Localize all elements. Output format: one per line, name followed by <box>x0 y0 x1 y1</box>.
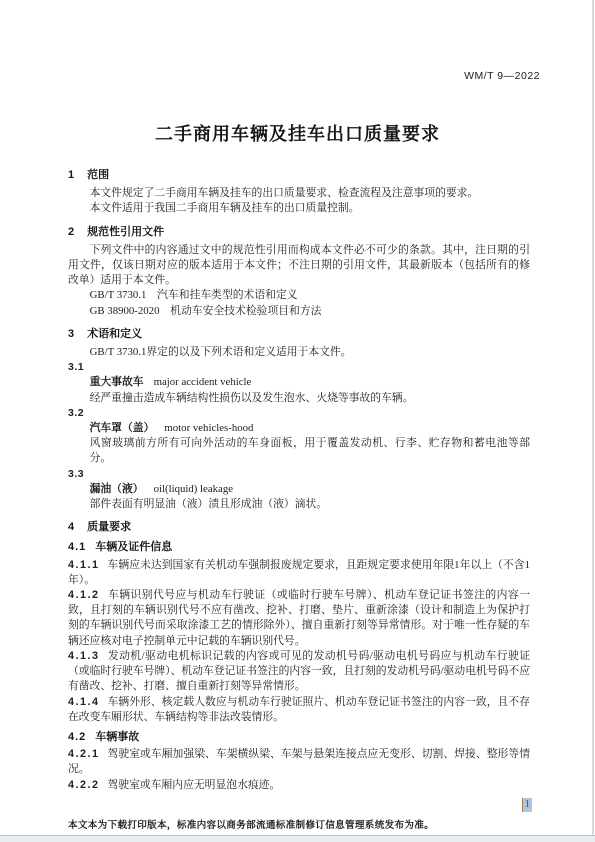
requirement-4.1.4: 4.1.4车辆外形、核定载人数应与机动车行驶证照片、机动车登记证书签注的内容一致… <box>68 695 530 725</box>
paragraph: GB/T 3730.1界定的以及下列术语和定义适用于本文件。 <box>68 345 530 360</box>
section-title: 范围 <box>87 169 109 181</box>
section-title: 质量要求 <box>87 521 131 533</box>
normative-reference: GB/T 3730.1 汽车和挂车类型的术语和定义 <box>68 288 530 303</box>
requirement-4.1.1: 4.1.1车辆应未达到国家有关机动车强制报废规定要求，且距规定要求使用年限1年以… <box>68 558 530 588</box>
requirement-4.1.3: 4.1.3发动机/驱动电机标识记载的内容或可见的发动机号码/驱动电机号码应与机动… <box>68 649 530 695</box>
page-number: 1 <box>522 798 532 812</box>
section-heading-1: 1范围 <box>68 168 530 183</box>
term-name-en: major accident vehicle <box>154 376 252 388</box>
section-title: 术语和定义 <box>87 328 142 340</box>
section-title: 规范性引用文件 <box>87 226 164 238</box>
section-number: 4.2 <box>68 731 86 743</box>
term-name-zh: 汽车罩（盖） <box>90 422 155 434</box>
requirement-number: 4.1.4 <box>68 696 100 708</box>
term-name-en: motor vehicles-hood <box>164 422 253 434</box>
term-definition: 部件表面有明显油（液）渍且形成油（液）滴状。 <box>68 497 530 512</box>
requirement-number: 4.2.2 <box>68 779 100 791</box>
paragraph: 本文件适用于我国二手商用车辆及挂车的出口质量控制。 <box>68 201 530 216</box>
requirement-number: 4.1.3 <box>68 650 100 662</box>
section-heading-4.1: 4.1车辆及证件信息 <box>68 540 530 555</box>
page-bottom-edge <box>0 835 595 842</box>
section-heading-4: 4质量要求 <box>68 520 530 535</box>
paragraph: 本文件规定了二手商用车辆及挂车的出口质量要求、检查流程及注意事项的要求。 <box>68 186 530 201</box>
normative-reference: GB 38900-2020 机动车安全技术检验项目和方法 <box>68 304 530 319</box>
term-name-en: oil(liquid) leakage <box>154 483 233 495</box>
section-number: 1 <box>68 169 75 181</box>
section-title: 车辆事故 <box>95 731 139 743</box>
page-right-edge <box>592 0 594 842</box>
page-number-row: 1 <box>0 796 532 812</box>
term-entry: 漏油（液）oil(liquid) leakage <box>68 482 530 497</box>
document-title: 二手商用车辆及挂车出口质量要求 <box>0 120 595 146</box>
section-number: 4.1 <box>68 541 86 553</box>
requirement-number: 4.1.2 <box>68 589 100 601</box>
section-heading-4.2: 4.2车辆事故 <box>68 730 530 745</box>
section-title: 车辆及证件信息 <box>95 541 172 553</box>
section-heading-3: 3术语和定义 <box>68 327 530 342</box>
section-number: 2 <box>68 226 75 238</box>
requirement-4.2.1: 4.2.1驾驶室或车厢加强梁、车架横纵梁、车架与悬架连接点应无变形、切割、焊接、… <box>68 747 530 777</box>
term-clause-number: 3.3 <box>68 467 530 482</box>
requirement-number: 4.1.1 <box>68 559 100 571</box>
document-page: WM/T 9—2022 二手商用车辆及挂车出口质量要求 1范围本文件规定了二手商… <box>0 0 595 842</box>
requirement-number: 4.2.1 <box>68 748 100 760</box>
footer-note: 本文本为下载打印版本，标准内容以商务部流通标准制修订信息管理系统发布为准。 <box>68 817 540 831</box>
term-definition: 经严重撞击造成车辆结构性损伤以及发生泡水、火烧等事故的车辆。 <box>68 391 530 406</box>
term-name-zh: 重大事故车 <box>90 376 144 388</box>
section-number: 3 <box>68 328 75 340</box>
term-entry: 重大事故车major accident vehicle <box>68 375 530 390</box>
paragraph: 下列文件中的内容通过文中的规范性引用而构成本文件必不可少的条款。其中，注日期的引… <box>68 243 530 289</box>
document-content: 1范围本文件规定了二手商用车辆及挂车的出口质量要求、检查流程及注意事项的要求。本… <box>68 168 530 793</box>
term-clause-number: 3.1 <box>68 360 530 375</box>
term-entry: 汽车罩（盖）motor vehicles-hood <box>68 421 530 436</box>
term-definition: 风窗玻璃前方所有可向外活动的车身面板，用于覆盖发动机、行李、贮存物和蓄电池等部分… <box>68 436 530 466</box>
requirement-4.1.2: 4.1.2车辆识别代号应与机动车行驶证（或临时行驶车号牌）、机动车登记证书签注的… <box>68 588 530 649</box>
requirement-4.2.2: 4.2.2驾驶室或车厢内应无明显泡水痕迹。 <box>68 778 530 793</box>
term-clause-number: 3.2 <box>68 406 530 421</box>
standard-code: WM/T 9—2022 <box>464 70 540 82</box>
section-heading-2: 2规范性引用文件 <box>68 225 530 240</box>
section-number: 4 <box>68 521 75 533</box>
term-name-zh: 漏油（液） <box>90 483 144 495</box>
page-header: WM/T 9—2022 <box>0 66 540 84</box>
